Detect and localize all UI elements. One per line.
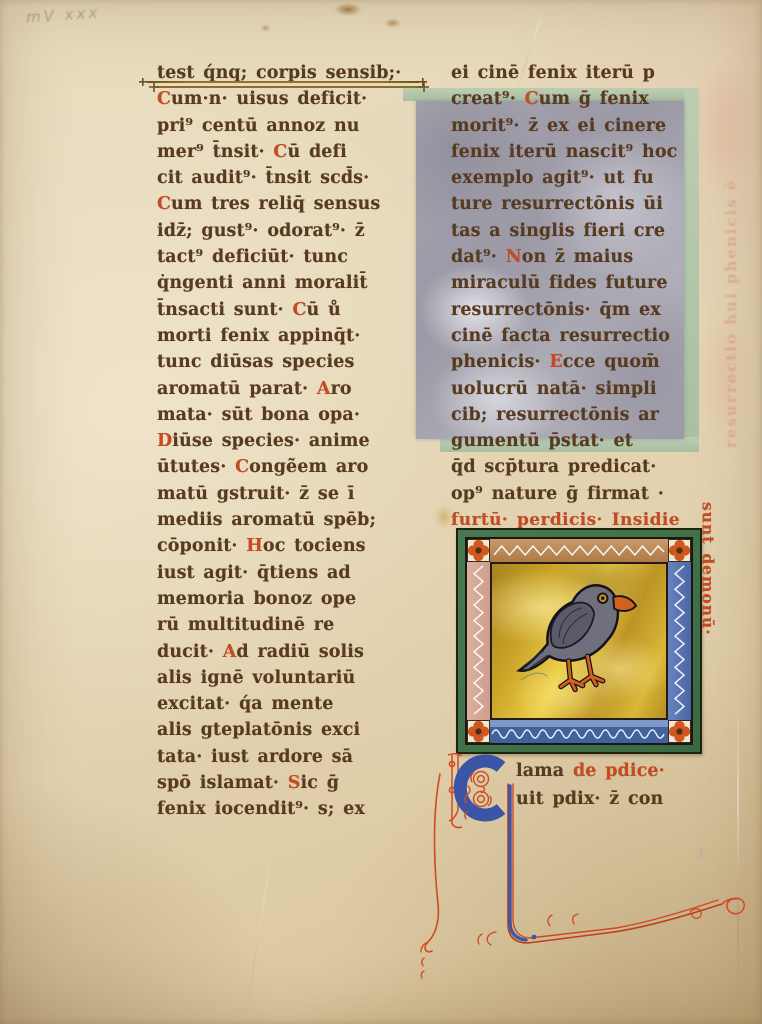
manuscript-line: t̄nsacti sunt· Cū ů bbox=[157, 297, 425, 323]
border-strip-left bbox=[467, 562, 490, 720]
pencil-foliation-mark: mV xxx bbox=[25, 3, 100, 26]
manuscript-line: tunc diūsas species bbox=[157, 349, 425, 375]
manuscript-line: cit audit⁹· t̄nsit scd̄s· bbox=[157, 165, 425, 191]
corner-quatrefoil bbox=[467, 539, 490, 562]
manuscript-line: tact⁹ deficiūt· tunc bbox=[157, 244, 425, 270]
left-column: test q́nq; corpis sensib;·Cum·n· uisus d… bbox=[157, 60, 425, 823]
ink-stain bbox=[260, 24, 271, 32]
corner-quatrefoil bbox=[467, 720, 490, 743]
border-strip-bottom bbox=[490, 720, 668, 743]
manuscript-page: mV xxx test q́nq; corpis sensib;·Cum·n· … bbox=[0, 0, 762, 1024]
corner-quatrefoil bbox=[668, 720, 691, 743]
manuscript-line: pri⁹ centū annoz nu bbox=[157, 113, 425, 139]
manuscript-line: uolucrū natā· simpli bbox=[451, 376, 719, 402]
manuscript-line: ducit· Ad radiū solis bbox=[157, 639, 425, 665]
manuscript-line: cōponit· Hoc tociens bbox=[157, 533, 425, 559]
corner-quatrefoil bbox=[668, 539, 691, 562]
manuscript-line: tata· iust ardore sā bbox=[157, 744, 425, 770]
manuscript-line: aromatū parat· Aro bbox=[157, 376, 425, 402]
manuscript-line: tas a singlis fieri cre bbox=[451, 218, 719, 244]
miniature-inner-border bbox=[465, 537, 693, 745]
parchment-crease bbox=[244, 841, 275, 1023]
manuscript-line: fenix iocendit⁹· s; ex bbox=[157, 796, 425, 822]
manuscript-line: morti fenix appinq̄t· bbox=[157, 323, 425, 349]
manuscript-line: fenix iterū nascit⁹ hoc bbox=[451, 139, 719, 165]
manuscript-line: memoria bonoz ope bbox=[157, 586, 425, 612]
ink-stain bbox=[334, 3, 362, 16]
partridge-miniature-frame bbox=[456, 528, 702, 754]
manuscript-line: op⁹ nature ḡ firmat · bbox=[451, 481, 719, 507]
manuscript-line: matū gstruit· z̄ se ī bbox=[157, 481, 425, 507]
manuscript-line: alis gteplatōnis exci bbox=[157, 717, 425, 743]
border-strip-right bbox=[668, 562, 691, 720]
manuscript-line: q̄d scp̄tura predicat· bbox=[451, 454, 719, 480]
right-column: ei cinē fenix iterū pcreat⁹· Cum ḡ fenix… bbox=[451, 60, 719, 533]
partridge-icon bbox=[492, 564, 666, 718]
manuscript-line: miraculū fides future bbox=[451, 270, 719, 296]
manuscript-line: ei cinē fenix iterū p bbox=[451, 60, 719, 86]
manuscript-line: excitat· q́a mente bbox=[157, 691, 425, 717]
manuscript-line: morit⁹· z̄ ex ei cinere bbox=[451, 113, 719, 139]
manuscript-line: dat⁹· Non z̄ maius bbox=[451, 244, 719, 270]
manuscript-line: ūtutes· Congẽem aro bbox=[157, 454, 425, 480]
marginal-rubric-vertical: sunt demonū· bbox=[694, 502, 720, 717]
border-strip-top bbox=[490, 539, 668, 562]
manuscript-line: spō islamat· Sic ḡ bbox=[157, 770, 425, 796]
manuscript-line: Diūse species· anime bbox=[157, 428, 425, 454]
offset-ghost-text: resurrectio hui phenicis ē bbox=[722, 58, 740, 448]
manuscript-line: mer⁹ t̄nsit· Cū defi bbox=[157, 139, 425, 165]
first-line-rule bbox=[146, 79, 432, 95]
manuscript-line: mediis aromatū spēb; bbox=[157, 507, 425, 533]
manuscript-line: cinē facta resurrectio bbox=[451, 323, 719, 349]
penwork-flourish bbox=[404, 756, 750, 1016]
manuscript-line: iust agit· q̄tiens ad bbox=[157, 560, 425, 586]
manuscript-line: q̇ngenti anni moralit̄ bbox=[157, 270, 425, 296]
manuscript-line: rū multitudinē re bbox=[157, 612, 425, 638]
manuscript-line: ture resurrectōnis ūi bbox=[451, 191, 719, 217]
manuscript-line: alis ignē voluntariū bbox=[157, 665, 425, 691]
manuscript-line: mata· sūt bona opa· bbox=[157, 402, 425, 428]
manuscript-line: Cum tres reliq̄ sensus bbox=[157, 191, 425, 217]
manuscript-line: exemplo agit⁹· ut fu bbox=[451, 165, 719, 191]
ink-stain bbox=[384, 18, 401, 28]
manuscript-line: creat⁹· Cum ḡ fenix bbox=[451, 86, 719, 112]
manuscript-line: gumentū p̄stat· et bbox=[451, 428, 719, 454]
manuscript-line: idz̄; gust⁹· odorat⁹· z̄ bbox=[157, 218, 425, 244]
gold-ground bbox=[490, 562, 668, 720]
manuscript-line: cib; resurrectōnis ar bbox=[451, 402, 719, 428]
manuscript-line: resurrectōnis· q̄m ex bbox=[451, 297, 719, 323]
manuscript-line: phenicis· Ecce quom̄ bbox=[451, 349, 719, 375]
